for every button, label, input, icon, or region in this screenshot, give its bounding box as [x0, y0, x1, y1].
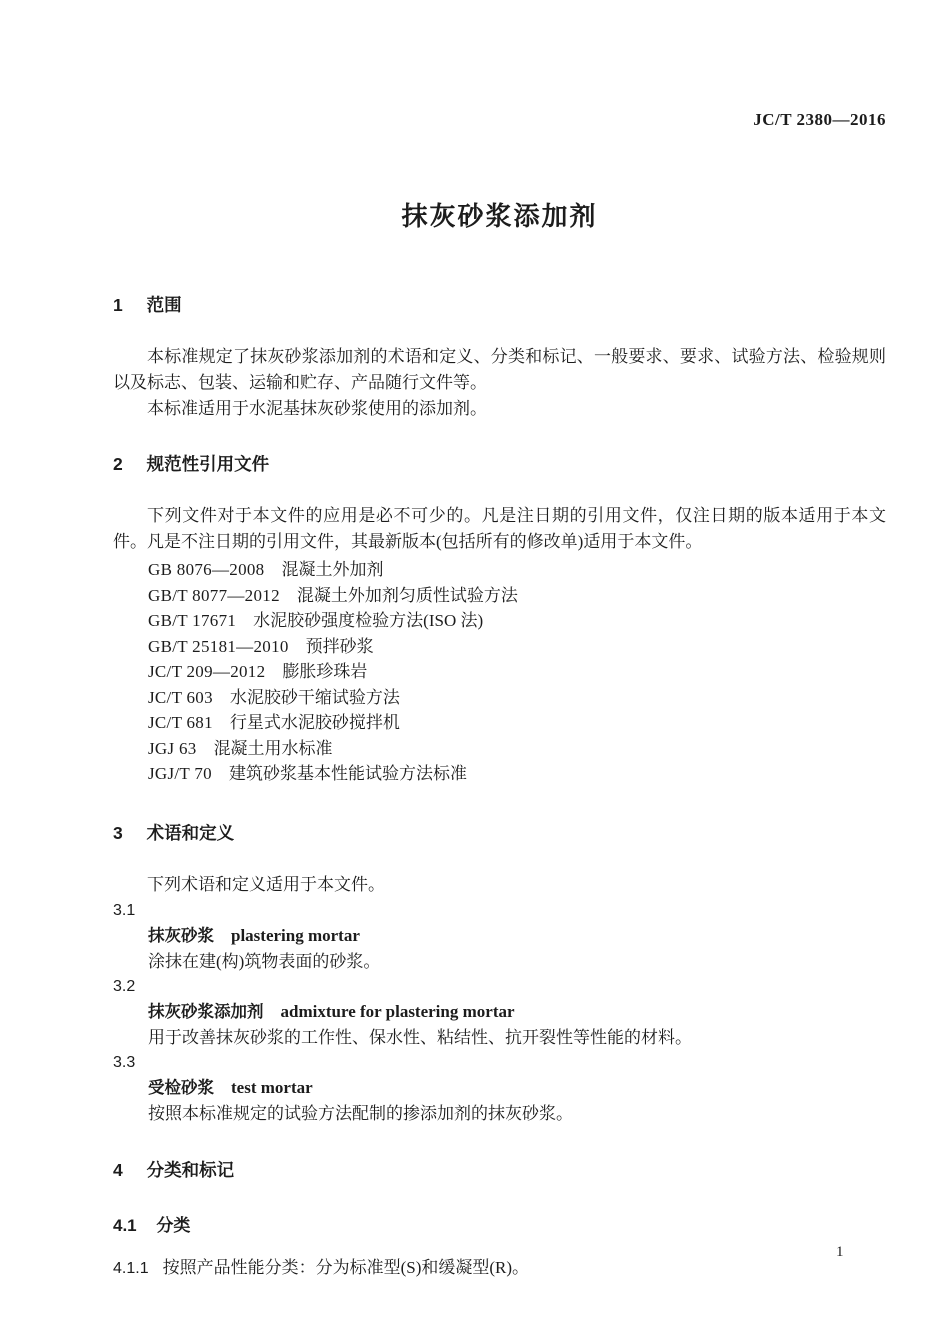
standard-code: JC/T 2380—2016	[113, 0, 886, 130]
reference-item: GB/T 8077—2012混凝土外加剂匀质性试验方法	[113, 583, 886, 609]
term-english: admixture for plastering mortar	[281, 1002, 515, 1021]
scope-paragraph-2: 本标准适用于水泥基抹灰砂浆使用的添加剂。	[113, 396, 886, 422]
normative-references-intro: 下列文件对于本文件的应用是必不可少的。凡是注日期的引用文件，仅注日期的版本适用于…	[113, 503, 886, 555]
reference-item: JGJ/T 70建筑砂浆基本性能试验方法标准	[113, 761, 886, 787]
reference-code: JC/T 603	[148, 688, 213, 707]
term-english: test mortar	[231, 1078, 313, 1097]
reference-code: GB/T 8077—2012	[148, 586, 280, 605]
scope-paragraph-1: 本标准规定了抹灰砂浆添加剂的术语和定义、分类和标记、一般要求、要求、试验方法、检…	[113, 344, 886, 396]
reference-title: 水泥胶砂干缩试验方法	[230, 688, 400, 707]
term-block: 3.2 抹灰砂浆添加剂admixture for plastering mort…	[113, 974, 886, 1050]
term-block: 3.1 抹灰砂浆plastering mortar 涂抹在建(构)筑物表面的砂浆…	[113, 898, 886, 974]
section-number: 4	[113, 1160, 123, 1180]
term-block: 3.3 受检砂浆test mortar 按照本标准规定的试验方法配制的掺添加剂的…	[113, 1050, 886, 1126]
reference-code: JC/T 209—2012	[148, 662, 265, 681]
term-name: 抹灰砂浆添加剂admixture for plastering mortar	[113, 999, 886, 1025]
term-chinese: 抹灰砂浆添加剂	[148, 1003, 264, 1021]
reference-item: GB/T 17671水泥胶砂强度检验方法(ISO 法)	[113, 608, 886, 634]
term-number: 3.3	[113, 1050, 886, 1075]
section-title: 分类和标记	[147, 1160, 235, 1180]
reference-code: JGJ 63	[148, 739, 197, 758]
section-heading-classification: 4 分类和标记	[113, 1157, 886, 1182]
reference-title: 混凝土外加剂	[281, 560, 383, 579]
reference-item: JC/T 603水泥胶砂干缩试验方法	[113, 685, 886, 711]
reference-item: GB/T 25181—2010预拌砂浆	[113, 634, 886, 660]
term-number: 3.1	[113, 898, 886, 923]
reference-title: 膨胀珍珠岩	[282, 662, 367, 681]
reference-item: JC/T 681行星式水泥胶砂搅拌机	[113, 710, 886, 736]
subsection-title: 分类	[156, 1216, 190, 1235]
clause-text: 按照产品性能分类：分为标准型(S)和缓凝型(R)。	[163, 1258, 529, 1277]
section-heading-terms: 3 术语和定义	[113, 820, 886, 845]
reference-code: GB/T 17671	[148, 611, 236, 630]
section-heading-scope: 1 范围	[113, 292, 886, 317]
subsection-heading-classification: 4.1 分类	[113, 1211, 886, 1236]
reference-list: GB 8076—2008混凝土外加剂 GB/T 8077—2012混凝土外加剂匀…	[113, 557, 886, 787]
term-chinese: 受检砂浆	[148, 1079, 214, 1097]
clause-number: 4.1.1	[113, 1260, 149, 1277]
clause-4-1-1: 4.1.1按照产品性能分类：分为标准型(S)和缓凝型(R)。	[113, 1255, 886, 1281]
term-definition: 涂抹在建(构)筑物表面的砂浆。	[113, 949, 886, 974]
section-title: 规范性引用文件	[147, 454, 270, 474]
page-number: 1	[836, 1244, 844, 1261]
section-heading-normative-references: 2 规范性引用文件	[113, 451, 886, 476]
document-title: 抹灰砂浆添加剂	[113, 196, 886, 233]
reference-item: JGJ 63混凝土用水标准	[113, 736, 886, 762]
terms-list: 3.1 抹灰砂浆plastering mortar 涂抹在建(构)筑物表面的砂浆…	[113, 898, 886, 1126]
reference-item: JC/T 209—2012膨胀珍珠岩	[113, 659, 886, 685]
subsection-number: 4.1	[113, 1216, 137, 1235]
reference-item: GB 8076—2008混凝土外加剂	[113, 557, 886, 583]
reference-title: 建筑砂浆基本性能试验方法标准	[229, 764, 467, 783]
reference-title: 行星式水泥胶砂搅拌机	[230, 713, 400, 732]
section-title: 术语和定义	[147, 823, 235, 843]
section-title: 范围	[147, 295, 182, 315]
section-number: 1	[113, 295, 123, 315]
term-number: 3.2	[113, 974, 886, 999]
terms-intro: 下列术语和定义适用于本文件。	[113, 872, 886, 898]
reference-title: 预拌砂浆	[306, 637, 374, 656]
reference-title: 混凝土外加剂匀质性试验方法	[297, 586, 518, 605]
term-chinese: 抹灰砂浆	[148, 927, 214, 945]
reference-code: JGJ/T 70	[148, 764, 212, 783]
reference-title: 混凝土用水标准	[214, 739, 333, 758]
document-page: JC/T 2380—2016 抹灰砂浆添加剂 1 范围 本标准规定了抹灰砂浆添加…	[0, 0, 950, 1344]
term-definition: 按照本标准规定的试验方法配制的掺添加剂的抹灰砂浆。	[113, 1101, 886, 1126]
reference-code: GB/T 25181—2010	[148, 637, 289, 656]
term-definition: 用于改善抹灰砂浆的工作性、保水性、粘结性、抗开裂性等性能的材料。	[113, 1025, 886, 1050]
reference-code: JC/T 681	[148, 713, 213, 732]
term-english: plastering mortar	[231, 926, 360, 945]
reference-code: GB 8076—2008	[148, 560, 264, 579]
section-number: 2	[113, 454, 123, 474]
term-name: 抹灰砂浆plastering mortar	[113, 923, 886, 949]
reference-title: 水泥胶砂强度检验方法(ISO 法)	[253, 611, 483, 630]
term-name: 受检砂浆test mortar	[113, 1075, 886, 1101]
section-number: 3	[113, 823, 123, 843]
